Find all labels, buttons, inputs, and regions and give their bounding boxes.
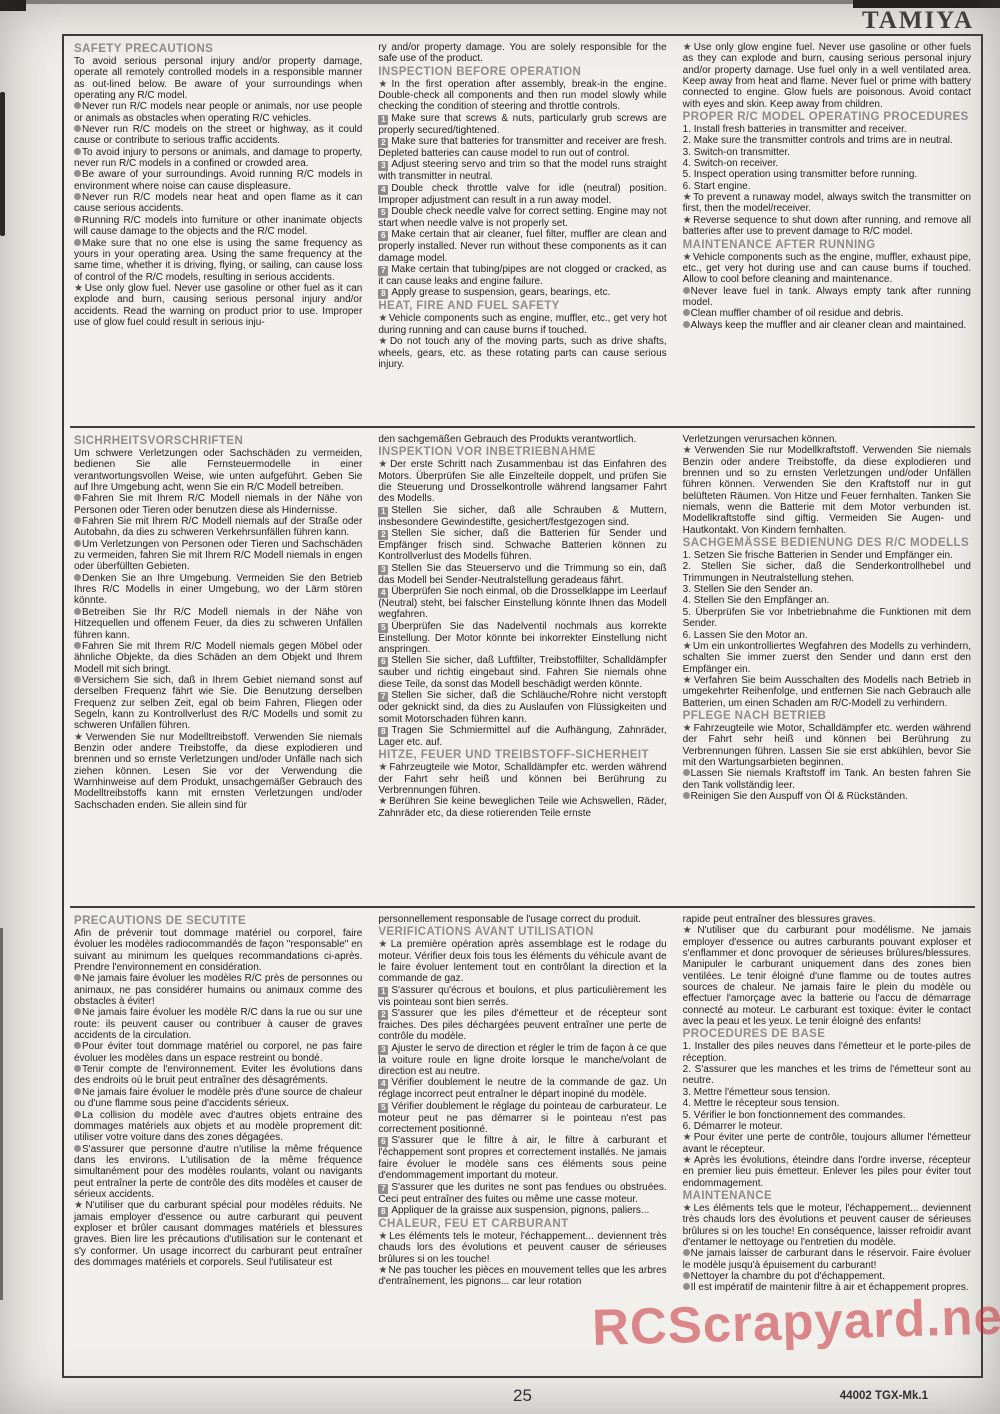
page-frame: SAFETY PRECAUTIONSTo avoid serious perso…	[62, 34, 983, 1378]
paragraph: Afin de prévenir tout dommage matériel o…	[74, 928, 362, 973]
paragraph: ★N'utiliser que du carburant pour modéli…	[683, 925, 971, 1027]
paragraph: 1. Setzen Sie frische Batterien in Sende…	[683, 550, 971, 561]
paragraph: Verletzungen verursachen können.	[683, 434, 971, 445]
paragraph: 6. Lassen Sie den Motor an.	[683, 630, 971, 641]
bullet-icon	[74, 216, 81, 223]
paragraph: Make sure that no one else is using the …	[74, 238, 362, 283]
paragraph: 7S'assurer que les durites ne sont pas f…	[378, 1182, 666, 1205]
step-number-icon: 1	[378, 507, 388, 517]
section-heading: PROCEDURES DE BASE	[683, 1028, 971, 1041]
paragraph: S'assurer que personne d'autre n'utilise…	[74, 1144, 362, 1201]
paragraph: Um schwere Verletzungen oder Sachschäden…	[74, 448, 362, 493]
doc-code: 44002 TGX-Mk.1	[840, 1390, 928, 1402]
step-number-icon: 3	[378, 565, 388, 575]
bullet-icon	[74, 517, 81, 524]
section-heading: HEAT, FIRE AND FUEL SAFETY	[378, 300, 666, 313]
paragraph: Never run R/C models near heat and open …	[74, 192, 362, 215]
step-number-icon: 7	[378, 692, 388, 702]
paragraph: 2. S'assurer que les manches et les trim…	[683, 1064, 971, 1087]
bullet-icon	[74, 102, 81, 109]
star-icon: ★	[378, 762, 388, 773]
section-english: SAFETY PRECAUTIONSTo avoid serious perso…	[64, 36, 981, 426]
paragraph: Always keep the muffler and air cleaner …	[683, 320, 971, 331]
star-icon: ★	[74, 732, 85, 743]
manual-page: { "brand": "TAMIYA", "watermark": "RCScr…	[0, 0, 1000, 1414]
bullet-icon	[74, 1065, 81, 1072]
section-heading: VERIFICATIONS AVANT UTILISATION	[378, 926, 666, 939]
step-number-icon: 4	[378, 185, 388, 195]
bullet-icon	[74, 170, 81, 177]
paragraph: ★Fahrzeugteile wie Motor, Schalldämpfer …	[683, 723, 971, 768]
star-icon: ★	[683, 723, 693, 734]
tamiya-logo: TAMIYA	[862, 7, 974, 35]
paragraph: ★Ne pas toucher les pièces en mouvement …	[378, 1265, 666, 1288]
paragraph: 6Make certain that air cleaner, fuel fil…	[378, 229, 666, 264]
paragraph: La collision du modèle avec d'autres obj…	[74, 1110, 362, 1144]
paragraph: ★Les éléments tels le moteur, l'échappem…	[378, 1231, 666, 1265]
paragraph: ★In the first operation after assembly, …	[378, 79, 666, 113]
paragraph: Denken Sie an Ihre Umgebung. Vermeiden S…	[74, 573, 362, 607]
paragraph: 1. Installer des piles neuves dans l'éme…	[683, 1041, 971, 1064]
step-number-icon: 4	[378, 588, 388, 598]
paragraph: ★La première opération après assemblage …	[378, 939, 666, 984]
bullet-icon	[74, 974, 81, 981]
step-number-icon: 6	[378, 231, 388, 241]
paragraph: ★Verwenden Sie nur Modellkraftstoff. Ver…	[683, 445, 971, 536]
paragraph: 2S'assurer que les piles d'émetteur et d…	[378, 1008, 666, 1043]
paragraph: personnellement responsable de l'usage c…	[378, 914, 666, 925]
column: ry and/or property damage. You are solel…	[378, 42, 666, 422]
paragraph: 2Stellen Sie sicher, daß die Batterien f…	[378, 528, 666, 563]
step-number-icon: 8	[378, 1207, 388, 1217]
paragraph: 3. Mettre l'émetteur sous tension.	[683, 1087, 971, 1098]
section-heading: INSPEKTION VOR INBETRIEBNAHME	[378, 446, 666, 459]
scan-artifact-left-streak	[0, 928, 3, 1300]
bullet-icon	[683, 309, 690, 316]
section-heading: SAFETY PRECAUTIONS	[74, 43, 362, 56]
paragraph: 6. Démarrer le moteur.	[683, 1121, 971, 1132]
paragraph: Ne jamais faire évoluer le modèle près d…	[74, 1087, 362, 1110]
paragraph: 3Adjust steering servo and trim so that …	[378, 159, 666, 182]
step-number-icon: 2	[378, 138, 388, 148]
paragraph: ★Der erste Schritt nach Zusammenbau ist …	[378, 459, 666, 504]
column: SAFETY PRECAUTIONSTo avoid serious perso…	[74, 42, 362, 422]
step-number-icon: 3	[378, 1045, 388, 1055]
star-icon: ★	[378, 79, 390, 90]
star-icon: ★	[683, 641, 692, 652]
section-heading: CHALEUR, FEU ET CARBURANT	[378, 1218, 666, 1231]
paragraph: Pour éviter tout dommage matériel ou cor…	[74, 1041, 362, 1064]
paragraph: Never leave fuel in tank. Always empty t…	[683, 286, 971, 309]
paragraph: Ne jamais faire évoluer les modèle R/C d…	[74, 1007, 362, 1041]
paragraph: 3Ajuster le servo de direction et régler…	[378, 1043, 666, 1078]
paragraph: 3. Stellen Sie den Sender an.	[683, 584, 971, 595]
paragraph: 5Double check needle valve for correct s…	[378, 206, 666, 229]
paragraph: Reinigen Sie den Auspuff von Öl & Rückst…	[683, 791, 971, 802]
section-heading: SACHGEMÄSSE BEDIENUNG DES R/C MODELLS	[683, 537, 971, 550]
paragraph: Fahren Sie mit Ihrem R/C Modell niemals …	[74, 641, 362, 675]
section-heading: INSPECTION BEFORE OPERATION	[378, 66, 666, 79]
paragraph: To avoid serious personal injury and/or …	[74, 56, 362, 101]
star-icon: ★	[378, 336, 388, 347]
scan-artifact-left-streak	[0, 92, 5, 236]
paragraph: ry and/or property damage. You are solel…	[378, 42, 666, 65]
bullet-icon	[683, 1249, 690, 1256]
step-number-icon: 5	[378, 1103, 388, 1113]
step-number-icon: 8	[378, 289, 388, 299]
scan-artifact-top-left	[0, 0, 26, 11]
bullet-icon	[683, 1272, 690, 1279]
star-icon: ★	[683, 1203, 693, 1214]
step-number-icon: 6	[378, 1137, 388, 1147]
bullet-icon	[74, 1145, 81, 1152]
paragraph: 2Make sure that batteries for transmitte…	[378, 136, 666, 159]
paragraph: Be aware of your surroundings. Avoid run…	[74, 169, 362, 192]
column: SICHRHEITSVORSCHRIFTENUm schwere Verletz…	[74, 434, 362, 902]
star-icon: ★	[683, 1155, 693, 1166]
paragraph: ★N'utiliser que du carburant spécial pou…	[74, 1200, 362, 1268]
paragraph: 6S'assurer que le filtre à air, le filtr…	[378, 1135, 666, 1181]
column: den sachgemäßen Gebrauch des Produkts ve…	[378, 434, 666, 902]
section-heading: PROPER R/C MODEL OPERATING PROCEDURES	[683, 111, 971, 124]
paragraph: ★Um ein unkontrolliertes Wegfahren des M…	[683, 641, 971, 675]
bullet-icon	[74, 540, 81, 547]
paragraph: ★Verwenden Sie nur Modelltreibstoff. Ver…	[74, 732, 362, 811]
bullet-icon	[74, 494, 81, 501]
paragraph: Running R/C models into furniture or oth…	[74, 215, 362, 238]
step-number-icon: 5	[378, 208, 388, 218]
star-icon: ★	[683, 445, 694, 456]
paragraph: 6. Start engine.	[683, 181, 971, 192]
paragraph: 8Tragen Sie Schmiermittel auf die Aufhän…	[378, 725, 666, 748]
paragraph: 7Make certain that tubing/pipes are not …	[378, 264, 666, 287]
paragraph: ★Pour éviter une perte de contrôle, touj…	[683, 1132, 971, 1155]
paragraph: Ne jamais laisser de carburant dans le r…	[683, 1248, 971, 1271]
scan-artifact-top-edge	[0, 0, 1000, 4]
star-icon: ★	[378, 459, 389, 470]
paragraph: 4. Stellen Sie den Empfänger an.	[683, 595, 971, 606]
star-icon: ★	[378, 796, 388, 807]
paragraph: ★Do not touch any of the moving parts, s…	[378, 336, 666, 370]
step-number-icon: 5	[378, 623, 388, 633]
star-icon: ★	[378, 939, 389, 950]
column: personnellement responsable de l'usage c…	[378, 914, 666, 1372]
paragraph: 5Überprüfen Sie das Nadelventil nochmals…	[378, 621, 666, 656]
paragraph: 1. Install fresh batteries in transmitte…	[683, 124, 971, 135]
star-icon: ★	[683, 42, 693, 53]
paragraph: ★Use only glow fuel. Never use gasoline …	[74, 283, 362, 328]
paragraph: 5. Inspect operation using transmitter b…	[683, 169, 971, 180]
bullet-icon	[74, 608, 81, 615]
section-heading: MAINTENANCE AFTER RUNNING	[683, 239, 971, 252]
paragraph: 6Stellen Sie sicher, daß Luftfilter, Tre…	[378, 655, 666, 690]
paragraph: ★Berühren Sie keine beweglichen Teile wi…	[378, 796, 666, 819]
bullet-icon	[683, 769, 690, 776]
paragraph: Clean muffler chamber of oil residue and…	[683, 308, 971, 319]
bullet-icon	[683, 792, 690, 799]
step-number-icon: 1	[378, 115, 388, 125]
paragraph: Fahren Sie mit Ihrem R/C Modell niemals …	[74, 516, 362, 539]
paragraph: 8Apply grease to suspension, gears, bear…	[378, 287, 666, 299]
paragraph: 4. Switch-on receiver.	[683, 158, 971, 169]
paragraph: 4Vérifier doublement le neutre de la com…	[378, 1077, 666, 1100]
star-icon: ★	[74, 283, 84, 294]
column: PRECAUTIONS DE SECUTITEAfin de prévenir …	[74, 914, 362, 1372]
bullet-icon	[74, 642, 81, 649]
bullet-icon	[74, 125, 81, 132]
star-icon: ★	[683, 675, 693, 686]
paragraph: Nettoyer la chambre du pot d'échappement…	[683, 1271, 971, 1282]
star-icon: ★	[74, 1200, 84, 1211]
section-french: PRECAUTIONS DE SECUTITEAfin de prévenir …	[64, 908, 981, 1376]
paragraph: 3Stellen Sie das Steuerservo und die Tri…	[378, 563, 666, 586]
bullet-icon	[74, 1088, 81, 1095]
column: Verletzungen verursachen können.★Verwend…	[683, 434, 971, 902]
paragraph: 2. Make sure the transmitter controls an…	[683, 135, 971, 146]
bullet-icon	[74, 239, 81, 246]
paragraph: den sachgemäßen Gebrauch des Produkts ve…	[378, 434, 666, 445]
paragraph: ★Les éléments tels que le moteur, l'écha…	[683, 1203, 971, 1248]
paragraph: ★To prevent a runaway model, always swit…	[683, 192, 971, 215]
step-number-icon: 6	[378, 657, 388, 667]
bullet-icon	[683, 1283, 690, 1290]
paragraph: 1Make sure that screws & nuts, particula…	[378, 113, 666, 136]
step-number-icon: 1	[378, 987, 388, 997]
step-number-icon: 7	[378, 266, 388, 276]
section-heading: PFLEGE NACH BETRIEB	[683, 710, 971, 723]
star-icon: ★	[378, 1231, 388, 1242]
star-icon: ★	[683, 1132, 693, 1143]
step-number-icon: 8	[378, 727, 388, 737]
paragraph: Tenir compte de l'environnement. Eviter …	[74, 1064, 362, 1087]
bullet-icon	[74, 676, 81, 683]
paragraph: 4. Mettre le récepteur sous tension.	[683, 1098, 971, 1109]
paragraph: 8Appliquer de la graisse aux suspension,…	[378, 1205, 666, 1217]
paragraph: ★Use only glow engine fuel. Never use ga…	[683, 42, 971, 110]
paragraph: rapide peut entraîner des blessures grav…	[683, 914, 971, 925]
paragraph: 2. Stellen Sie sicher, daß die Senderkon…	[683, 561, 971, 584]
paragraph: 4Double check throttle valve for idle (n…	[378, 183, 666, 206]
star-icon: ★	[683, 192, 693, 203]
paragraph: 7Stellen Sie sicher, daß die Schläuche/R…	[378, 690, 666, 725]
star-icon: ★	[378, 1265, 387, 1276]
column: ★Use only glow engine fuel. Never use ga…	[683, 42, 971, 422]
paragraph: ★Fahrzeugteile wie Motor, Schalldämpfer …	[378, 762, 666, 796]
paragraph: Never run R/C models near people or anim…	[74, 101, 362, 124]
paragraph: 3. Switch-on transmitter.	[683, 147, 971, 158]
paragraph: 5Vérifier doublement le réglage du point…	[378, 1101, 666, 1136]
paragraph: ★Après les évolutions, éteindre dans l'o…	[683, 1155, 971, 1189]
bullet-icon	[683, 287, 690, 294]
paragraph: Versichern Sie sich, daß in Ihrem Gebiet…	[74, 675, 362, 732]
section-german: SICHRHEITSVORSCHRIFTENUm schwere Verletz…	[64, 428, 981, 906]
paragraph: ★Verfahren Sie beim Ausschalten des Mode…	[683, 675, 971, 709]
paragraph: Never run R/C models on the street or hi…	[74, 124, 362, 147]
section-heading: MAINTENANCE	[683, 1190, 971, 1203]
bullet-icon	[683, 321, 690, 328]
bullet-icon	[74, 574, 81, 581]
paragraph: ★Vehicle components such as engine, muff…	[378, 313, 666, 336]
paragraph: Il est impératif de maintenir filtre à a…	[683, 1282, 971, 1293]
star-icon: ★	[683, 215, 693, 226]
section-heading: HITZE, FEUER UND TREIBSTOFF-SICHERHEIT	[378, 749, 666, 762]
bullet-icon	[74, 1111, 81, 1118]
step-number-icon: 2	[378, 530, 388, 540]
paragraph: 1Stellen Sie sicher, daß alle Schrauben …	[378, 505, 666, 528]
step-number-icon: 4	[378, 1079, 388, 1089]
paragraph: ★Reverse sequence to shut down after run…	[683, 215, 971, 238]
paragraph: 4Überprüfen Sie noch einmal, ob die Dros…	[378, 586, 666, 621]
paragraph: To avoid injury to persons or animals, a…	[74, 147, 362, 170]
paragraph: 5. Vérifier le bon fonctionnement des co…	[683, 1110, 971, 1121]
bullet-icon	[74, 148, 81, 155]
paragraph: Ne jamais faire évoluer les modèles R/C …	[74, 973, 362, 1007]
paragraph: ★Vehicle components such as the engine, …	[683, 252, 971, 286]
step-number-icon: 3	[378, 161, 388, 171]
bullet-icon	[74, 1042, 81, 1049]
column: rapide peut entraîner des blessures grav…	[683, 914, 971, 1372]
section-heading: PRECAUTIONS DE SECUTITE	[74, 915, 362, 928]
bullet-icon	[74, 1008, 81, 1015]
step-number-icon: 2	[378, 1010, 388, 1020]
star-icon: ★	[683, 925, 697, 936]
star-icon: ★	[683, 252, 692, 263]
bullet-icon	[74, 193, 81, 200]
paragraph: Lassen Sie niemals Kraftstoff im Tank. A…	[683, 768, 971, 791]
paragraph: Fahren Sie mit Ihrem R/C Modell niemals …	[74, 493, 362, 516]
paragraph: Betreiben Sie Ihr R/C Modell niemals in …	[74, 607, 362, 641]
section-heading: SICHRHEITSVORSCHRIFTEN	[74, 435, 362, 448]
paragraph: Um Verletzungen von Personen oder Tieren…	[74, 539, 362, 573]
paragraph: 1S'assurer qu'écrous et boulons, et plus…	[378, 985, 666, 1008]
paragraph: 5. Überprüfen Sie vor Inbetriebnahme die…	[683, 607, 971, 630]
step-number-icon: 7	[378, 1184, 388, 1194]
star-icon: ★	[378, 313, 387, 324]
